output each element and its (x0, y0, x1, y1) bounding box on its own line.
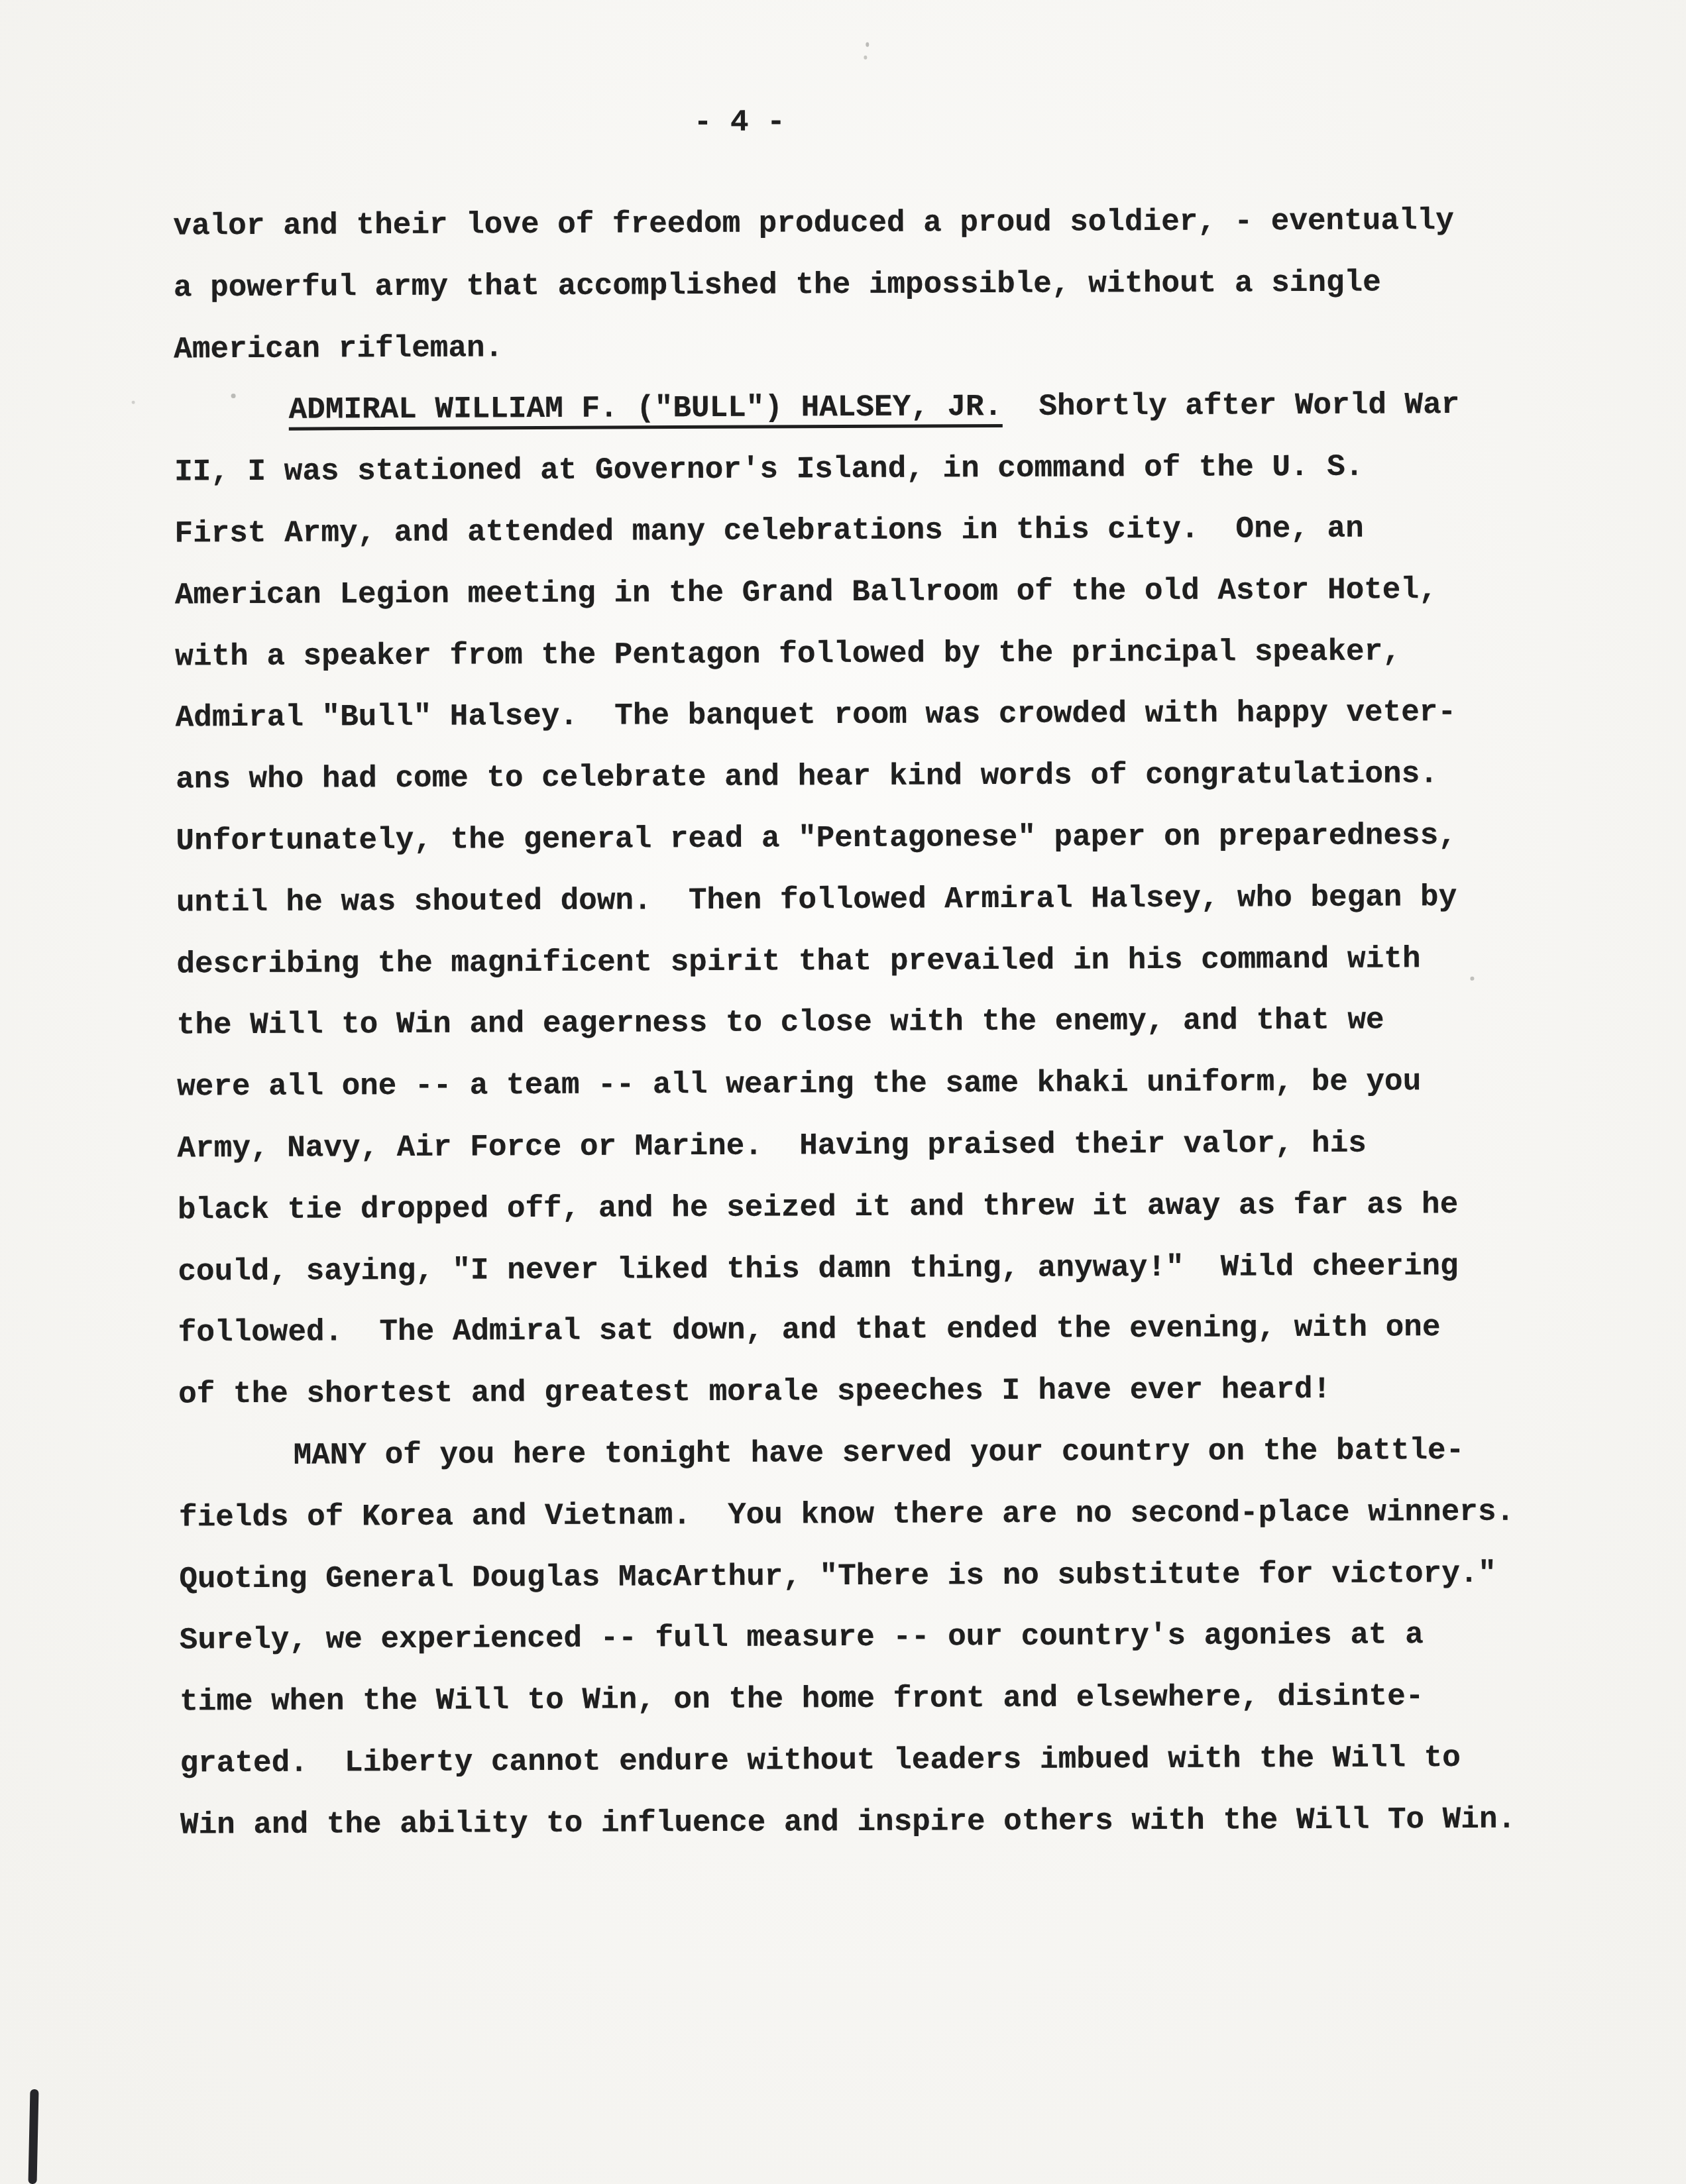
text-segment: could, saying, "I never liked this damn … (178, 1249, 1459, 1289)
text-line: until he was shouted down. Then followed… (176, 866, 1621, 934)
text-line: valor and their love of freedom produced… (173, 190, 1618, 257)
text-segment: Unfortunately, the general read a "Penta… (176, 818, 1457, 858)
text-line: grated. Liberty cannot endure without le… (180, 1727, 1624, 1794)
text-line: were all one -- a team -- all wearing th… (177, 1050, 1622, 1118)
text-segment: Win and the ability to influence and ins… (180, 1802, 1516, 1842)
text-segment: MANY of you here tonight have served you… (293, 1433, 1464, 1473)
text-line: black tie dropped off, and he seized it … (178, 1174, 1622, 1241)
scan-speck (132, 401, 135, 404)
text-segment: American Legion meeting in the Grand Bal… (175, 573, 1437, 612)
text-segment: II, I was stationed at Governor's Island… (174, 450, 1364, 490)
text-line: time when the Will to Win, on the home f… (180, 1665, 1624, 1733)
text-segment: until he was shouted down. Then followed… (176, 880, 1457, 920)
typewritten-text-block: valor and their love of freedom produced… (173, 190, 1625, 1856)
scan-speck (864, 56, 867, 60)
text-line: describing the magnificent spirit that p… (176, 927, 1621, 995)
scan-speck (1470, 977, 1474, 981)
text-line: American rifleman. (174, 312, 1618, 380)
underlined-heading: ADMIRAL WILLIAM F. ("BULL") HALSEY, JR. (289, 390, 1003, 431)
text-segment: fields of Korea and Vietnam. You know th… (179, 1494, 1514, 1535)
text-segment: Army, Navy, Air Force or Marine. Having … (177, 1126, 1367, 1166)
text-segment: describing the magnificent spirit that p… (176, 942, 1420, 981)
text-line: II, I was stationed at Governor's Island… (174, 435, 1619, 503)
text-line: Win and the ability to influence and ins… (180, 1788, 1625, 1856)
text-segment: the Will to Win and eagerness to close w… (177, 1003, 1384, 1043)
text-segment: First Army, and attended many celebratio… (174, 512, 1364, 551)
text-segment: Shortly after World War (1002, 388, 1459, 424)
text-line: followed. The Admiral sat down, and that… (178, 1296, 1623, 1364)
text-segment: time when the Will to Win, on the home f… (180, 1679, 1424, 1719)
text-line: Quoting General Douglas MacArthur, "Ther… (179, 1542, 1624, 1610)
text-line: of the shortest and greatest morale spee… (178, 1358, 1623, 1425)
text-line: ans who had come to celebrate and hear k… (176, 743, 1620, 810)
text-segment: of the shortest and greatest morale spee… (178, 1372, 1331, 1412)
text-line: ADMIRAL WILLIAM F. ("BULL") HALSEY, JR. … (174, 374, 1618, 441)
text-line: fields of Korea and Vietnam. You know th… (179, 1481, 1624, 1549)
text-line: Surely, we experienced -- full measure -… (180, 1604, 1624, 1671)
text-segment: followed. The Admiral sat down, and that… (178, 1310, 1441, 1350)
scanned-document-page: - 4 - valor and their love of freedom pr… (0, 0, 1686, 2184)
text-segment: Quoting General Douglas MacArthur, "Ther… (179, 1556, 1496, 1596)
scan-speck (231, 394, 236, 398)
text-segment: grated. Liberty cannot endure without le… (180, 1741, 1461, 1780)
text-segment: American rifleman. (174, 331, 503, 366)
text-segment: valor and their love of freedom produced… (173, 203, 1454, 243)
text-line: MANY of you here tonight have served you… (178, 1419, 1623, 1487)
text-segment: a powerful army that accomplished the im… (174, 265, 1381, 305)
text-line: the Will to Win and eagerness to close w… (177, 989, 1622, 1056)
page-number: - 4 - (694, 105, 785, 140)
text-line: American Legion meeting in the Grand Bal… (175, 559, 1620, 626)
text-line: Unfortunately, the general read a "Penta… (176, 804, 1620, 872)
text-segment: ans who had come to celebrate and hear k… (176, 757, 1438, 796)
text-line: with a speaker from the Pentagon followe… (175, 620, 1620, 687)
text-segment: with a speaker from the Pentagon followe… (175, 634, 1401, 674)
text-line: Army, Navy, Air Force or Marine. Having … (177, 1112, 1622, 1179)
text-line: could, saying, "I never liked this damn … (178, 1234, 1622, 1302)
text-segment: black tie dropped off, and he seized it … (178, 1187, 1459, 1227)
text-segment: Surely, we experienced -- full measure -… (180, 1618, 1424, 1658)
text-segment: Admiral "Bull" Halsey. The banquet room … (176, 695, 1457, 735)
text-line: First Army, and attended many celebratio… (174, 497, 1619, 565)
text-segment: were all one -- a team -- all wearing th… (177, 1064, 1421, 1104)
text-line: a powerful army that accomplished the im… (174, 251, 1618, 319)
scan-speck (866, 42, 869, 47)
page-content: - 4 - valor and their love of freedom pr… (0, 0, 1686, 2184)
text-line: Admiral "Bull" Halsey. The banquet room … (176, 681, 1620, 749)
